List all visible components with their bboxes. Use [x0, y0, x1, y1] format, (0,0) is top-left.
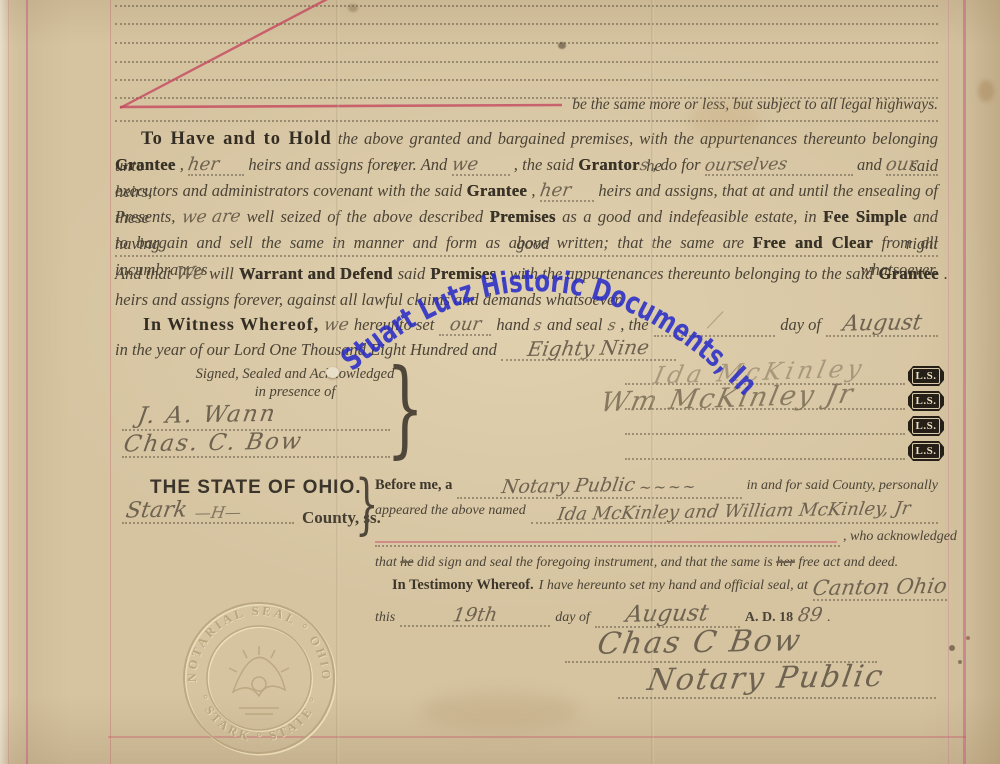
handwritten-her: her — [187, 156, 221, 175]
ink-speck — [558, 42, 566, 49]
habendum-line-5: to bargain and sell the same in manner a… — [115, 230, 938, 256]
warranty-line-1: And that We will Warrant and Defend said… — [115, 261, 938, 287]
print-text: appeared the above named — [375, 503, 526, 519]
ink-speck — [966, 636, 970, 640]
grantor-signature-line — [625, 433, 905, 435]
print-text: , do for — [648, 155, 705, 174]
edge-tear-shadow — [348, 4, 358, 12]
witness-signature-wann: J. A. Wann — [136, 403, 278, 428]
word-free-and-clear: Free and Clear — [753, 233, 873, 252]
highways-clause-line: be the same more or less, but subject to… — [115, 96, 938, 122]
handwritten-19th: 19th — [452, 606, 499, 626]
word-fee-simple: Fee Simple — [823, 207, 907, 226]
notary-signature: Chas C Bow — [595, 626, 804, 660]
ls-seal-2: L.S. — [908, 391, 944, 411]
print-text: did sign and seal the foregoing instrume… — [414, 555, 777, 570]
print-text: heirs and assigns forever. And — [244, 155, 451, 174]
word-grantee: Grantee — [878, 261, 939, 287]
paper-hole — [326, 367, 339, 378]
seal-ring-bottom-text: ° STARK ° STATE ° — [196, 693, 322, 744]
ls-label: L.S. — [912, 418, 941, 434]
witness-lead: In Witness Whereof, — [143, 311, 319, 337]
print-text: in and for said County, personally — [747, 478, 938, 494]
stain — [420, 690, 580, 730]
county-blank-line — [122, 522, 294, 524]
fold-crease — [651, 0, 654, 764]
stain — [978, 80, 994, 102]
print-text: executors and administrators covenant wi… — [115, 181, 467, 200]
print-text: . — [944, 261, 948, 287]
word-grantee: Grantee — [115, 155, 176, 174]
print-text: heirs and assigns forever, against all l… — [115, 290, 623, 309]
fold-crease — [336, 0, 339, 764]
state-title: THE STATE OF OHIO. — [150, 477, 362, 499]
print-text: day of — [555, 610, 590, 626]
place-blank: Canton Ohio — [813, 577, 947, 601]
word-premises: Premises — [490, 207, 556, 226]
print-text: free act and deed. — [795, 555, 898, 570]
witness-line-1: In Witness Whereof, we hereunto set our … — [115, 311, 938, 337]
pen-flourish: ~~~~ — [638, 479, 699, 495]
embossed-notarial-seal: NOTARIAL SEAL ° OHIO ° STARK ° STATE ° N… — [176, 595, 342, 761]
handwritten-stark: Stark — [124, 499, 189, 522]
print-text: hereunto set — [354, 312, 435, 338]
print-text: hand — [496, 312, 529, 338]
handwritten-her: her — [538, 182, 572, 201]
notary-title-blank: Notary Public ~~~~ — [457, 477, 741, 499]
day-blank: ⁄ — [654, 311, 776, 337]
print-text: in the year of our Lord One Thousand Eig… — [115, 340, 497, 359]
struck-he: he — [400, 555, 413, 570]
handwritten-august: August — [841, 312, 923, 335]
habendum-line-2: Grantee , her heirs and assigns forever.… — [115, 152, 938, 178]
word-warrant-defend: Warrant and Defend — [239, 261, 393, 287]
ls-label: L.S. — [912, 368, 941, 384]
witness-signature-bow: Chas. C. Bow — [122, 430, 305, 456]
print-text: Presents, — [115, 207, 182, 226]
print-text: . — [827, 610, 831, 626]
handwritten-we-are: we are — [180, 208, 241, 226]
notary-line-1: Before me, a Notary Public ~~~~ in and f… — [375, 477, 938, 499]
pen-mark: ⁄ — [711, 311, 718, 333]
print-text: , with the appurtenances thereunto belon… — [501, 261, 873, 287]
stain — [690, 100, 760, 140]
word-grantor: Grantor — [578, 155, 639, 174]
acknowledgment-line: that he did sign and seal the foregoing … — [375, 553, 938, 571]
names-blank: Ida McKinley and William McKinley, Jr — [531, 503, 938, 524]
print-text: will — [209, 261, 234, 287]
notary-title-line — [618, 697, 936, 699]
handwritten-our: our — [448, 316, 482, 335]
handwritten-s: s — [606, 318, 616, 333]
warranty-line-2: heirs and assigns forever, against all l… — [115, 287, 938, 313]
ls-seal-3: L.S. — [908, 416, 944, 436]
print-text: and seal — [547, 312, 602, 338]
seal-eagle-emblem — [229, 646, 289, 714]
handwritten-s: s — [533, 318, 543, 333]
section-separator-rule — [115, 255, 938, 257]
ls-label: L.S. — [912, 443, 941, 459]
habendum-line-1: To Have and to Hold the above granted an… — [115, 126, 938, 152]
print-text: I have hereunto set my hand and official… — [539, 578, 808, 594]
print-text: this — [375, 610, 395, 626]
attest-brace: } — [386, 356, 424, 461]
ls-label: L.S. — [912, 393, 941, 409]
who-acknowledged-text: , who acknowledged — [843, 529, 957, 545]
testimony-line-1: In Testimony Whereof. I have hereunto se… — [392, 577, 938, 601]
blank-line — [375, 529, 840, 547]
ls-seal-1: L.S. — [908, 366, 944, 386]
grantor-signature-line — [625, 458, 905, 460]
ink-speck — [949, 645, 955, 651]
ink-speck — [958, 660, 962, 664]
habendum-lead: To Have and to Hold — [115, 129, 332, 149]
handwritten-august: August — [624, 602, 710, 626]
handwritten-we: we — [450, 156, 479, 174]
testimony-line-2: this 19th day of August A. D. 18 89 . — [375, 603, 938, 628]
deed-document-scan: be the same more or less, but subject to… — [0, 0, 1000, 764]
habendum-line-4: Presents, we are well seized of the abov… — [115, 204, 938, 230]
word-grantee: Grantee — [467, 181, 528, 200]
handwritten-we: We — [175, 265, 206, 283]
print-text: well seized of the above described — [240, 207, 489, 226]
testimony-lead: In Testimony Whereof. — [392, 577, 534, 594]
print-text: And that — [115, 261, 171, 287]
struck-her: her — [776, 555, 795, 570]
word-premises: Premises — [430, 261, 496, 287]
handwritten-notary-public: Notary Public — [500, 476, 636, 497]
handwritten-our: our — [885, 156, 919, 175]
print-text: as a good and indefeasible estate, in — [556, 207, 823, 226]
print-text: and — [853, 155, 886, 174]
svg-text:° STARK ° STATE °: ° STARK ° STATE ° — [196, 693, 322, 744]
print-text: that — [375, 555, 400, 570]
witness-signature-line — [122, 456, 390, 458]
handwritten-eighty-nine: Eighty Nine — [526, 337, 651, 359]
notary-title-script: Notary Public — [645, 662, 886, 696]
habendum-line-3: executors and administrators covenant wi… — [115, 178, 938, 204]
county-flourish: —H— — [194, 505, 243, 522]
print-text: , the said — [510, 155, 579, 174]
before-me-label: Before me, a — [375, 477, 452, 494]
print-text: said — [398, 261, 426, 287]
print-text: to bargain and sell the same in manner a… — [115, 233, 753, 252]
handwritten-canton-ohio: Canton Ohio — [811, 576, 948, 599]
handwritten-ourselves: ourselves — [703, 156, 788, 174]
print-text: day of — [780, 312, 821, 338]
handwritten-grantor-names: Ida McKinley and William McKinley, Jr — [557, 500, 913, 524]
notary-line-2: appeared the above named Ida McKinley an… — [375, 503, 938, 524]
ls-seal-4: L.S. — [908, 441, 944, 461]
